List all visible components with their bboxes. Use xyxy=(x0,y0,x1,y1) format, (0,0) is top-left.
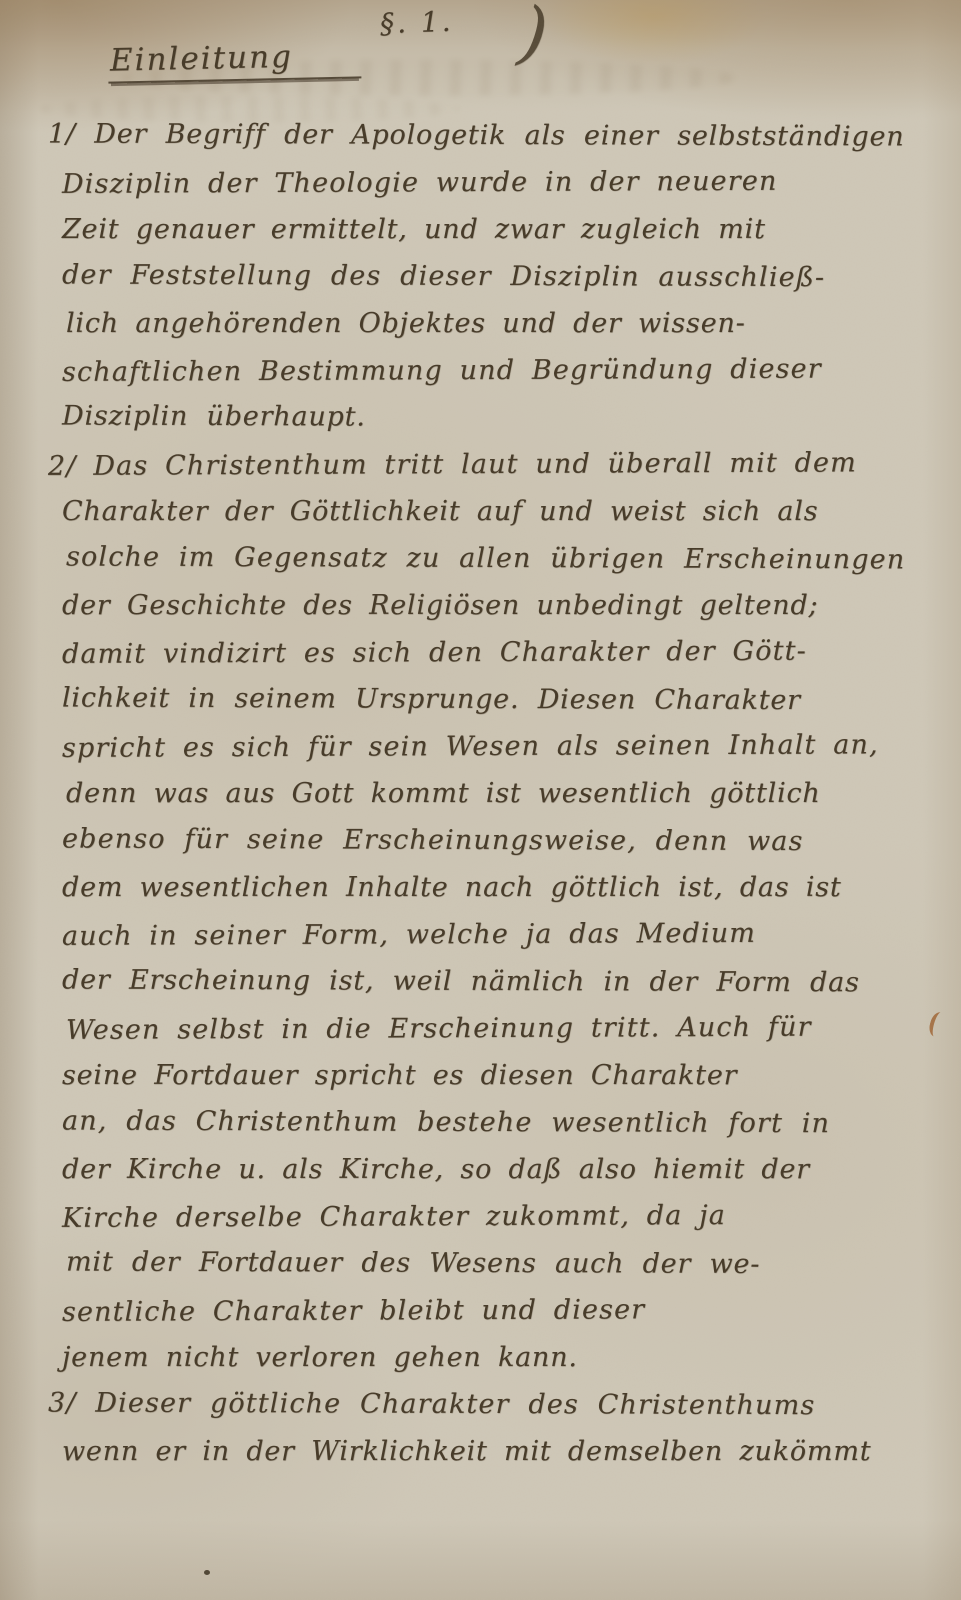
page-title-text: Einleitung xyxy=(108,37,362,83)
manuscript-line: dem wesentlichen Inhalte nach göttlich i… xyxy=(62,872,928,919)
manuscript-line: der Kirche u. als Kirche, so daß also hi… xyxy=(62,1154,928,1201)
manuscript-line: auch in seiner Form, welche ja das Mediu… xyxy=(62,917,928,968)
manuscript-page: §. 1. ) Einleitung 1/ Der Begriff der Ap… xyxy=(0,0,961,1600)
manuscript-line: der Erscheinung ist, weil nämlich in der… xyxy=(62,964,928,1014)
manuscript-line: schaftlichen Bestimmung und Begründung d… xyxy=(62,353,928,404)
manuscript-line: der Feststellung des dieser Disziplin au… xyxy=(62,259,928,309)
ink-stain-mark xyxy=(927,1010,948,1038)
manuscript-line: der Geschichte des Religiösen unbedingt … xyxy=(62,590,928,637)
manuscript-line: Disziplin überhaupt. xyxy=(62,400,928,450)
manuscript-body: 1/ Der Begriff der Apologetik als einer … xyxy=(62,120,928,1483)
manuscript-line: Charakter der Göttlichkeit auf und weist… xyxy=(62,496,928,543)
section-heading: §. 1. xyxy=(379,5,454,41)
manuscript-line: ebenso für seine Erscheinungsweise, denn… xyxy=(62,823,928,873)
manuscript-line: sentliche Charakter bleibt und dieser xyxy=(62,1293,928,1344)
manuscript-line: 1/ Der Begriff der Apologetik als einer … xyxy=(48,118,928,168)
manuscript-line: jenem nicht verloren gehen kann. xyxy=(62,1342,928,1389)
manuscript-line: Zeit genauer ermittelt, und zwar zugleic… xyxy=(62,214,928,261)
manuscript-line: an, das Christenthum bestehe wesentlich … xyxy=(62,1105,928,1155)
manuscript-line: seine Fortdauer spricht es diesen Charak… xyxy=(62,1060,928,1107)
manuscript-line: Wesen selbst in die Erscheinung tritt. A… xyxy=(66,1011,928,1062)
manuscript-line: 2/ Das Christenthum tritt laut und übera… xyxy=(48,447,928,498)
manuscript-line: 3/ Dieser göttliche Charakter des Christ… xyxy=(48,1387,928,1437)
manuscript-line: denn was aus Gott kommt ist wesentlich g… xyxy=(66,778,928,825)
manuscript-line: spricht es sich für sein Wesen als seine… xyxy=(62,729,928,780)
manuscript-line: lichkeit in seinem Ursprunge. Diesen Cha… xyxy=(62,682,928,732)
manuscript-line: damit vindizirt es sich den Charakter de… xyxy=(62,635,928,686)
manuscript-line: solche im Gegensatz zu allen übrigen Ers… xyxy=(66,541,928,591)
manuscript-line: Kirche derselbe Charakter zukommt, da ja xyxy=(62,1199,928,1250)
manuscript-line: mit der Fortdauer des Wesens auch der we… xyxy=(66,1246,928,1296)
ink-dot xyxy=(204,1570,210,1575)
flourish-mark: ) xyxy=(515,0,552,75)
page-title: Einleitung xyxy=(108,37,362,83)
manuscript-line: lich angehörenden Objektes und der wisse… xyxy=(66,308,928,355)
manuscript-line: Disziplin der Theologie wurde in der neu… xyxy=(62,165,928,216)
manuscript-line: wenn er in der Wirklichkeit mit demselbe… xyxy=(62,1436,928,1483)
